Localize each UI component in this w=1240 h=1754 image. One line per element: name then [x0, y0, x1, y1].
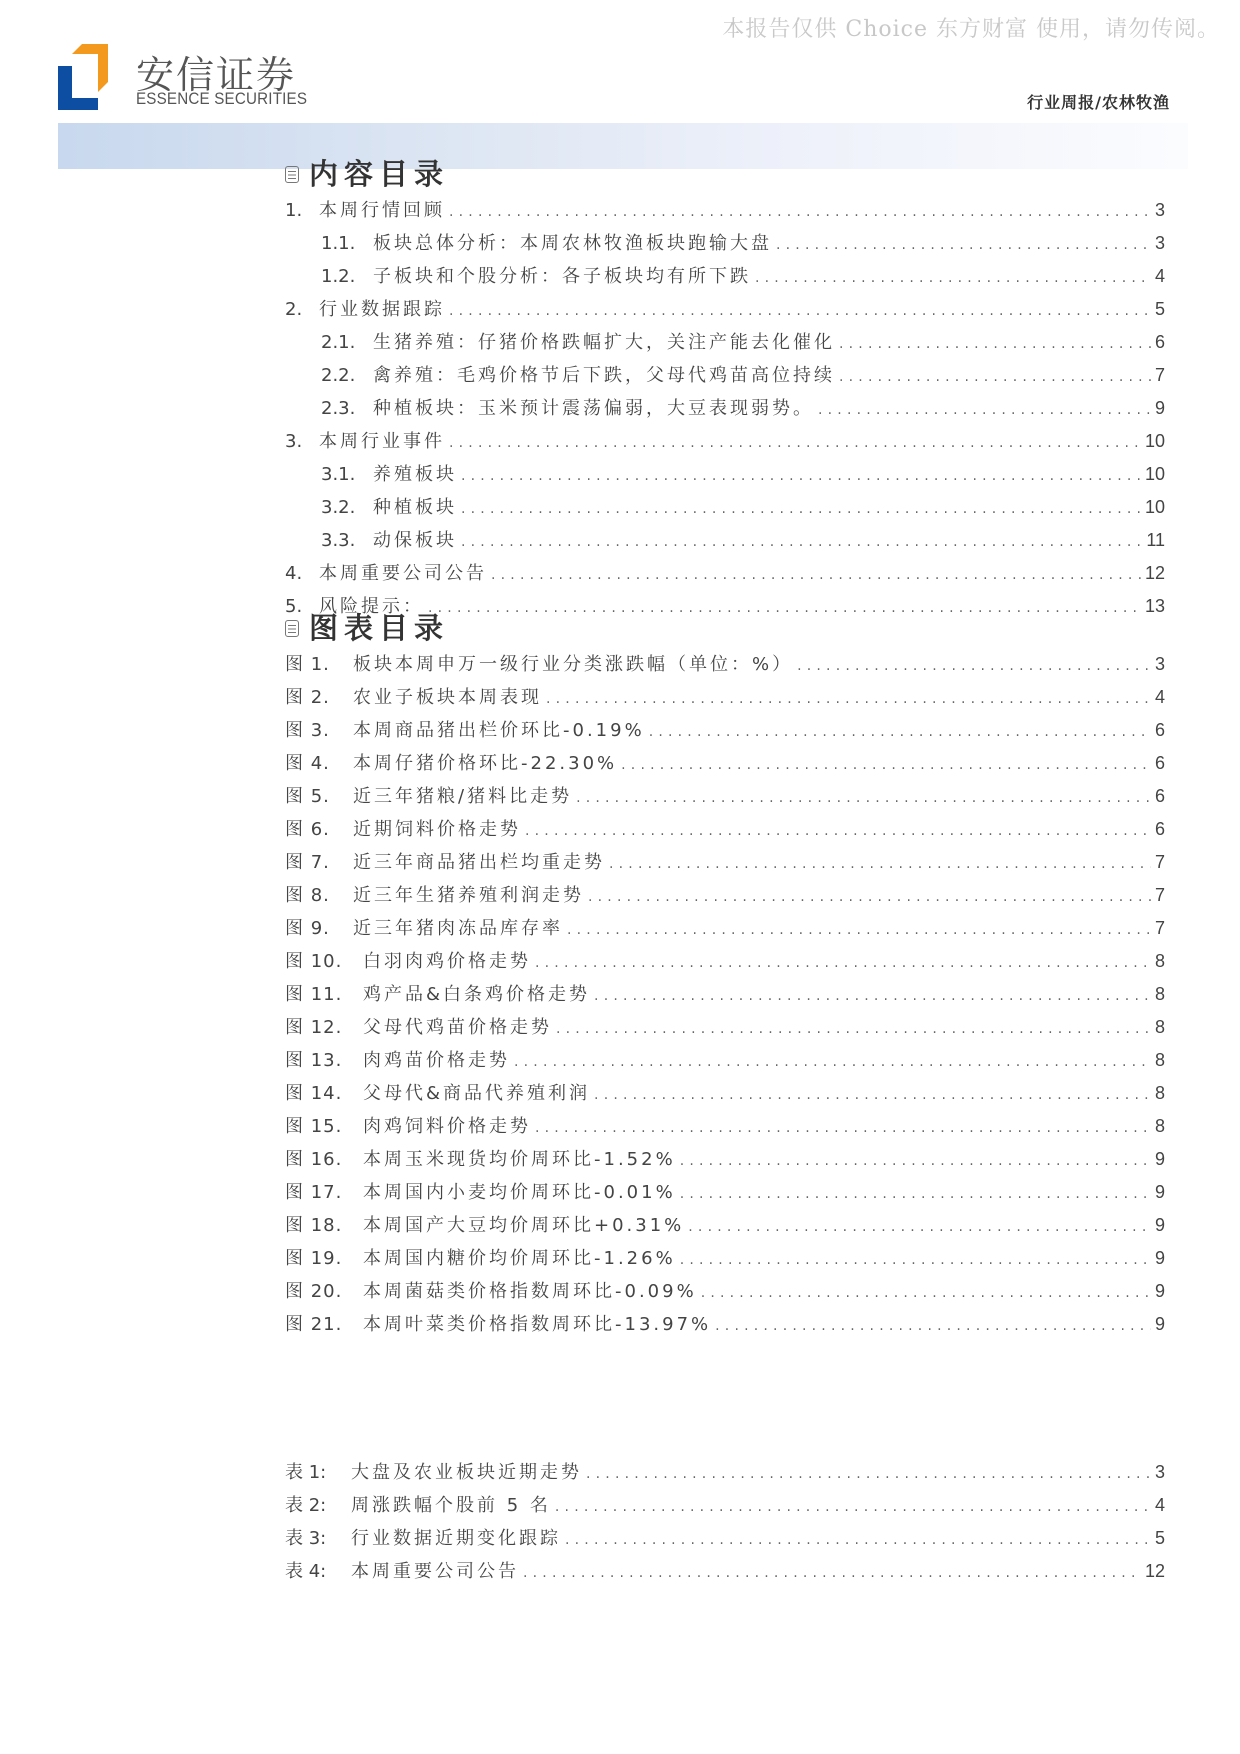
- dot-leader: ........................................…: [535, 947, 1151, 980]
- entry-title: 本周国内小麦均价周环比-0.01%: [363, 1176, 676, 1209]
- toc-entry[interactable]: 1. 本周行情回顾 ..............................…: [285, 194, 1165, 227]
- toc-entry[interactable]: 图 15. 肉鸡饲料价格走势 .........................…: [285, 1110, 1165, 1143]
- entry-title: 本周菌菇类价格指数周环比-0.09%: [363, 1275, 697, 1308]
- dot-leader: ........................................…: [461, 493, 1141, 526]
- entry-page-number: 3: [1155, 227, 1165, 260]
- entry-number: 2.1.: [321, 326, 373, 359]
- dot-leader: ........................................…: [546, 683, 1151, 716]
- toc-entry[interactable]: 3. 本周行业事件 ..............................…: [285, 425, 1165, 458]
- toc-entry[interactable]: 图 4. 本周仔猪价格环比-22.30% ...................…: [285, 747, 1165, 780]
- entry-title: 本周国内糖价均价周环比-1.26%: [363, 1242, 676, 1275]
- dot-leader: ........................................…: [688, 1211, 1151, 1244]
- toc-entry[interactable]: 图 16. 本周玉米现货均价周环比-1.52% ................…: [285, 1143, 1165, 1176]
- entry-page-number: 9: [1155, 1176, 1165, 1209]
- entry-number: 图 21.: [285, 1308, 363, 1341]
- entry-number: 图 1.: [285, 648, 353, 681]
- entry-page-number: 7: [1155, 846, 1165, 879]
- toc-entry[interactable]: 图 11. 鸡产品&白条鸡价格走势 ......................…: [285, 978, 1165, 1011]
- entry-page-number: 3: [1155, 194, 1165, 227]
- dot-leader: ........................................…: [449, 196, 1151, 229]
- brand-logo: 安信证券 ESSENCE SECURITIES: [58, 44, 318, 112]
- dot-leader: ........................................…: [755, 262, 1151, 295]
- dot-leader: ........................................…: [776, 229, 1151, 262]
- entry-page-number: 6: [1155, 326, 1165, 359]
- entry-number: 2.3.: [321, 392, 373, 425]
- dot-leader: ........................................…: [525, 815, 1151, 848]
- entry-number: 图 12.: [285, 1011, 363, 1044]
- document-icon: [285, 166, 299, 183]
- entry-page-number: 6: [1155, 747, 1165, 780]
- watermark: 本报告仅供 Choice 东方财富 使用，请勿传阅。: [722, 12, 1220, 43]
- entry-page-number: 10: [1145, 458, 1165, 491]
- entry-title: 行业数据近期变化跟踪: [351, 1522, 561, 1555]
- entry-title: 行业数据跟踪: [319, 293, 445, 326]
- dot-leader: ........................................…: [609, 848, 1151, 881]
- entry-page-number: 10: [1145, 491, 1165, 524]
- entry-page-number: 7: [1155, 912, 1165, 945]
- document-icon: [285, 620, 299, 637]
- entry-page-number: 8: [1155, 1110, 1165, 1143]
- entry-number: 图 11.: [285, 978, 363, 1011]
- toc-entry[interactable]: 图 3. 本周商品猪出栏价环比-0.19% ..................…: [285, 714, 1165, 747]
- toc-entry[interactable]: 表 4: 本周重要公司公告 ..........................…: [285, 1555, 1165, 1588]
- entry-number: 3.2.: [321, 491, 373, 524]
- dot-leader: ........................................…: [839, 328, 1151, 361]
- entry-title: 本周商品猪出栏价环比-0.19%: [353, 714, 645, 747]
- entry-number: 图 7.: [285, 846, 353, 879]
- dot-leader: ........................................…: [461, 460, 1141, 493]
- dot-leader: ........................................…: [523, 1557, 1141, 1590]
- dot-leader: ........................................…: [797, 650, 1151, 683]
- dot-leader: ........................................…: [621, 749, 1151, 782]
- toc-entry[interactable]: 表 1: 大盘及农业板块近期走势 .......................…: [285, 1456, 1165, 1489]
- toc-entry[interactable]: 3.1. 养殖板块 ..............................…: [285, 458, 1165, 491]
- entry-page-number: 9: [1155, 392, 1165, 425]
- entry-number: 2.2.: [321, 359, 373, 392]
- toc-entry[interactable]: 3.2. 种植板块 ..............................…: [285, 491, 1165, 524]
- dot-leader: ........................................…: [818, 394, 1151, 427]
- toc-entry[interactable]: 3.3. 动保板块 ..............................…: [285, 524, 1165, 557]
- entry-number: 图 14.: [285, 1077, 363, 1110]
- entry-title: 养殖板块: [373, 458, 457, 491]
- toc-entry[interactable]: 2.1. 生猪养殖：仔猪价格跌幅扩大，关注产能去化催化 ............…: [285, 326, 1165, 359]
- entry-number: 图 17.: [285, 1176, 363, 1209]
- entry-title: 本周行业事件: [319, 425, 445, 458]
- entry-page-number: 4: [1155, 681, 1165, 714]
- toc-entry[interactable]: 图 13. 肉鸡苗价格走势 ..........................…: [285, 1044, 1165, 1077]
- entry-number: 图 8.: [285, 879, 353, 912]
- entry-title: 本周国产大豆均价周环比+0.31%: [363, 1209, 684, 1242]
- entry-title: 本周叶菜类价格指数周环比-13.97%: [363, 1308, 711, 1341]
- toc-entry[interactable]: 图 9. 近三年猪肉冻品库存率 ........................…: [285, 912, 1165, 945]
- entry-page-number: 8: [1155, 978, 1165, 1011]
- entry-number: 4.: [285, 557, 319, 590]
- entry-page-number: 8: [1155, 945, 1165, 978]
- entry-number: 1.: [285, 194, 319, 227]
- entry-page-number: 10: [1145, 425, 1165, 458]
- contents-section: 内容目录 1. 本周行情回顾 .........................…: [285, 152, 1165, 623]
- entry-title: 生猪养殖：仔猪价格跌幅扩大，关注产能去化催化: [373, 326, 835, 359]
- toc-entry[interactable]: 图 21. 本周叶菜类价格指数周环比-13.97% ..............…: [285, 1308, 1165, 1341]
- entry-number: 1.1.: [321, 227, 373, 260]
- entry-title: 鸡产品&白条鸡价格走势: [363, 978, 590, 1011]
- entry-number: 图 4.: [285, 747, 353, 780]
- entry-number: 1.2.: [321, 260, 373, 293]
- dot-leader: ........................................…: [565, 1524, 1151, 1557]
- entry-number: 表 3:: [285, 1522, 351, 1555]
- entry-number: 3.: [285, 425, 319, 458]
- entry-title: 种植板块：玉米预计震荡偏弱，大豆表现弱势。: [373, 392, 814, 425]
- dot-leader: ........................................…: [594, 980, 1151, 1013]
- toc-entry[interactable]: 表 3: 行业数据近期变化跟踪 ........................…: [285, 1522, 1165, 1555]
- entry-title: 近三年猪粮/猪料比走势: [353, 780, 572, 813]
- entry-page-number: 6: [1155, 813, 1165, 846]
- entry-title: 本周玉米现货均价周环比-1.52%: [363, 1143, 676, 1176]
- contents-heading: 内容目录: [285, 152, 1165, 192]
- dot-leader: ........................................…: [680, 1244, 1151, 1277]
- entry-title: 农业子板块本周表现: [353, 681, 542, 714]
- entry-title: 动保板块: [373, 524, 457, 557]
- tables-section: 表 1: 大盘及农业板块近期走势 .......................…: [285, 1456, 1165, 1588]
- entry-title: 板块本周申万一级行业分类涨跌幅（单位：%）: [353, 648, 793, 681]
- entry-number: 3.3.: [321, 524, 373, 557]
- entry-number: 图 20.: [285, 1275, 363, 1308]
- dot-leader: ........................................…: [649, 716, 1151, 749]
- dot-leader: ........................................…: [461, 526, 1142, 559]
- toc-entry[interactable]: 图 17. 本周国内小麦均价周环比-0.01% ................…: [285, 1176, 1165, 1209]
- toc-entry[interactable]: 图 1. 板块本周申万一级行业分类涨跌幅（单位：%） .............…: [285, 648, 1165, 681]
- toc-entry[interactable]: 1.1. 板块总体分析：本周农林牧渔板块跑输大盘 ...............…: [285, 227, 1165, 260]
- dot-leader: ........................................…: [701, 1277, 1151, 1310]
- toc-entry[interactable]: 图 10. 白羽肉鸡价格走势 .........................…: [285, 945, 1165, 978]
- toc-entry[interactable]: 图 7. 近三年商品猪出栏均重走势 ......................…: [285, 846, 1165, 879]
- entry-page-number: 9: [1155, 1209, 1165, 1242]
- toc-entry[interactable]: 图 12. 父母代鸡苗价格走势 ........................…: [285, 1011, 1165, 1044]
- entry-title: 肉鸡苗价格走势: [363, 1044, 510, 1077]
- dot-leader: ........................................…: [535, 1112, 1151, 1145]
- entry-title: 近三年猪肉冻品库存率: [353, 912, 563, 945]
- dot-leader: ........................................…: [680, 1145, 1151, 1178]
- entry-number: 2.: [285, 293, 319, 326]
- dot-leader: ........................................…: [586, 1458, 1151, 1491]
- logo-mark-icon: [58, 44, 118, 110]
- entry-number: 3.1.: [321, 458, 373, 491]
- toc-entry[interactable]: 2.2. 禽养殖：毛鸡价格节后下跌，父母代鸡苗高位持续 ............…: [285, 359, 1165, 392]
- figures-section: 图表目录 图 1. 板块本周申万一级行业分类涨跌幅（单位：%） ........…: [285, 606, 1165, 1341]
- entry-page-number: 5: [1155, 293, 1165, 326]
- dot-leader: ........................................…: [594, 1079, 1151, 1112]
- toc-entry[interactable]: 图 5. 近三年猪粮/猪料比走势 .......................…: [285, 780, 1165, 813]
- dot-leader: ........................................…: [491, 559, 1141, 592]
- dot-leader: ........................................…: [680, 1178, 1151, 1211]
- entry-title: 禽养殖：毛鸡价格节后下跌，父母代鸡苗高位持续: [373, 359, 835, 392]
- entry-title: 子板块和个股分析：各子板块均有所下跌: [373, 260, 751, 293]
- entry-title: 板块总体分析：本周农林牧渔板块跑输大盘: [373, 227, 772, 260]
- entry-title: 本周行情回顾: [319, 194, 445, 227]
- entry-page-number: 6: [1155, 780, 1165, 813]
- entry-page-number: 12: [1145, 557, 1165, 590]
- dot-leader: ........................................…: [514, 1046, 1151, 1079]
- toc-entry[interactable]: 1.2. 子板块和个股分析：各子板块均有所下跌 ................…: [285, 260, 1165, 293]
- toc-entry[interactable]: 表 2: 周涨跌幅个股前 5 名 .......................…: [285, 1489, 1165, 1522]
- toc-entry[interactable]: 图 6. 近期饲料价格走势 ..........................…: [285, 813, 1165, 846]
- contents-title: 内容目录: [309, 152, 449, 193]
- toc-entry[interactable]: 2. 行业数据跟踪 ..............................…: [285, 293, 1165, 326]
- entry-page-number: 9: [1155, 1275, 1165, 1308]
- entry-number: 表 4:: [285, 1555, 351, 1588]
- entry-title: 父母代鸡苗价格走势: [363, 1011, 552, 1044]
- entry-title: 本周重要公司公告: [351, 1555, 519, 1588]
- entry-number: 表 2:: [285, 1489, 351, 1522]
- toc-entry[interactable]: 2.3. 种植板块：玉米预计震荡偏弱，大豆表现弱势。 .............…: [285, 392, 1165, 425]
- entry-title: 本周仔猪价格环比-22.30%: [353, 747, 617, 780]
- entry-page-number: 6: [1155, 714, 1165, 747]
- entry-title: 本周重要公司公告: [319, 557, 487, 590]
- toc-entry[interactable]: 图 19. 本周国内糖价均价周环比-1.26% ................…: [285, 1242, 1165, 1275]
- dot-leader: ........................................…: [576, 782, 1151, 815]
- entry-number: 图 10.: [285, 945, 363, 978]
- toc-entry[interactable]: 4. 本周重要公司公告 ............................…: [285, 557, 1165, 590]
- entry-page-number: 8: [1155, 1044, 1165, 1077]
- toc-entry[interactable]: 图 20. 本周菌菇类价格指数周环比-0.09% ...............…: [285, 1275, 1165, 1308]
- entry-number: 图 15.: [285, 1110, 363, 1143]
- toc-entry[interactable]: 图 8. 近三年生猪养殖利润走势 .......................…: [285, 879, 1165, 912]
- entry-number: 图 13.: [285, 1044, 363, 1077]
- dot-leader: ........................................…: [555, 1491, 1151, 1524]
- entry-title: 肉鸡饲料价格走势: [363, 1110, 531, 1143]
- entry-number: 图 18.: [285, 1209, 363, 1242]
- entry-page-number: 4: [1155, 260, 1165, 293]
- entry-number: 图 2.: [285, 681, 353, 714]
- dot-leader: ........................................…: [567, 914, 1151, 947]
- report-type: 行业周报/农林牧渔: [1027, 90, 1170, 113]
- dot-leader: ........................................…: [449, 427, 1141, 460]
- entry-page-number: 7: [1155, 879, 1165, 912]
- entry-title: 近期饲料价格走势: [353, 813, 521, 846]
- entry-number: 图 5.: [285, 780, 353, 813]
- dot-leader: ........................................…: [449, 295, 1151, 328]
- dot-leader: ........................................…: [588, 881, 1151, 914]
- brand-name-en: ESSENCE SECURITIES: [136, 90, 307, 109]
- entry-page-number: 5: [1155, 1522, 1165, 1555]
- contents-list: 1. 本周行情回顾 ..............................…: [285, 194, 1165, 623]
- entry-number: 图 19.: [285, 1242, 363, 1275]
- tables-list: 表 1: 大盘及农业板块近期走势 .......................…: [285, 1456, 1165, 1588]
- toc-entry[interactable]: 图 14. 父母代&商品代养殖利润 ......................…: [285, 1077, 1165, 1110]
- entry-page-number: 12: [1145, 1555, 1165, 1588]
- figures-list: 图 1. 板块本周申万一级行业分类涨跌幅（单位：%） .............…: [285, 648, 1165, 1341]
- toc-entry[interactable]: 图 18. 本周国产大豆均价周环比+0.31% ................…: [285, 1209, 1165, 1242]
- entry-page-number: 3: [1155, 648, 1165, 681]
- entry-title: 大盘及农业板块近期走势: [351, 1456, 582, 1489]
- entry-number: 图 16.: [285, 1143, 363, 1176]
- figures-heading: 图表目录: [285, 606, 1165, 646]
- entry-page-number: 9: [1155, 1143, 1165, 1176]
- entry-title: 周涨跌幅个股前 5 名: [351, 1489, 551, 1522]
- toc-entry[interactable]: 图 2. 农业子板块本周表现 .........................…: [285, 681, 1165, 714]
- entry-page-number: 11: [1146, 524, 1165, 557]
- entry-number: 图 9.: [285, 912, 353, 945]
- dot-leader: ........................................…: [839, 361, 1151, 394]
- entry-title: 父母代&商品代养殖利润: [363, 1077, 590, 1110]
- figures-title: 图表目录: [309, 606, 449, 647]
- dot-leader: ........................................…: [556, 1013, 1151, 1046]
- entry-page-number: 3: [1155, 1456, 1165, 1489]
- entry-title: 近三年商品猪出栏均重走势: [353, 846, 605, 879]
- entry-title: 种植板块: [373, 491, 457, 524]
- entry-number: 图 6.: [285, 813, 353, 846]
- entry-number: 图 3.: [285, 714, 353, 747]
- entry-page-number: 9: [1155, 1242, 1165, 1275]
- entry-page-number: 8: [1155, 1077, 1165, 1110]
- entry-title: 白羽肉鸡价格走势: [363, 945, 531, 978]
- entry-page-number: 9: [1155, 1308, 1165, 1341]
- entry-page-number: 4: [1155, 1489, 1165, 1522]
- entry-page-number: 7: [1155, 359, 1165, 392]
- entry-number: 表 1:: [285, 1456, 351, 1489]
- entry-page-number: 8: [1155, 1011, 1165, 1044]
- entry-title: 近三年生猪养殖利润走势: [353, 879, 584, 912]
- dot-leader: ........................................…: [715, 1310, 1151, 1343]
